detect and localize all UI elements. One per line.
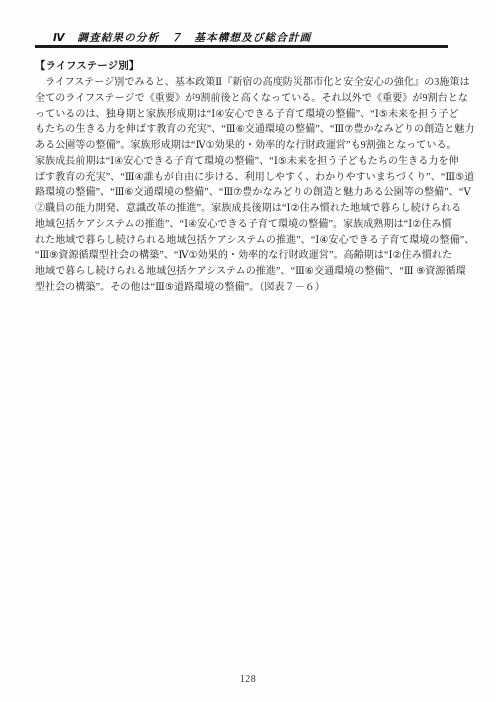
page-number: 128 — [0, 674, 496, 685]
paragraph-line: 型社会の構築”。その他は“Ⅲ⑤道路環境の整備”。（図表７－６） — [35, 280, 464, 296]
paragraph-line: れた地域で暮らし続けられる地域包括ケアシステムの推進”、“Ⅰ④安心できる子育て環… — [35, 233, 464, 249]
paragraph-line: “Ⅲ⑨資源循環型社会の構築”、“Ⅳ①効果的・効率的な行財政運営”。高齢期は“Ⅰ②… — [35, 248, 464, 264]
body-text-block: 【ライフステージ別】 ライフステージ別でみると、基本政策Ⅱ『新宿の高度防災都市化… — [35, 59, 464, 296]
document-page: Ⅳ 調査結果の分析 ７ 基本構想及び総合計画 【ライフステージ別】 ライフステー… — [0, 0, 496, 702]
paragraph-line: もたちの生きる力を伸ばす教育の充実”、“Ⅲ⑥交通環境の整備”、“Ⅲ⑦豊かなみどり… — [35, 122, 464, 138]
paragraph-line: ライフステージ別でみると、基本政策Ⅱ『新宿の高度防災都市化と安全安心の強化』の3… — [35, 75, 464, 91]
paragraph-line: 路環境の整備”、“Ⅲ⑥交通環境の整備”、“Ⅲ⑦豊かなみどりの創造と魅力ある公園等… — [35, 185, 464, 201]
section-heading: 【ライフステージ別】 — [35, 59, 464, 75]
paragraph-line: 家族成長前期は“Ⅰ④安心できる子育て環境の整備”、“Ⅰ⑤未来を担う子どもたちの生… — [35, 154, 464, 170]
paragraph-line: っているのは、独身期と家族形成期は“Ⅰ④安心できる子育て環境の整備”、“Ⅰ⑤未来… — [35, 107, 464, 123]
paragraph-line: ばす教育の充実”、“Ⅲ④誰もが自由に歩ける、利用しやすく、わかりやすいまちづくり… — [35, 170, 464, 186]
running-header-title: Ⅳ 調査結果の分析 ７ 基本構想及び総合計画 — [53, 30, 311, 45]
header-rule — [35, 45, 448, 48]
paragraph-line: 全てのライフステージで《重要》が9割前後と高くなっている。それ以外で《重要》が9… — [35, 91, 464, 107]
paragraph-line: 地域包括ケアシステムの推進”、“Ⅰ④安心できる子育て環境の整備”。家族成熟期は“… — [35, 217, 464, 233]
paragraph-line: ②職員の能力開発、意識改革の推進”。家族成長後期は“Ⅰ②住み慣れた地域で暮らし続… — [35, 201, 464, 217]
paragraph: ライフステージ別でみると、基本政策Ⅱ『新宿の高度防災都市化と安全安心の強化』の3… — [35, 75, 464, 296]
paragraph-line: 地域で暮らし続けられる地域包括ケアシステムの推進”、“Ⅲ⑥交通環境の整備”、“Ⅲ… — [35, 264, 464, 280]
paragraph-line: ある公園等の整備”。家族形成期は“Ⅳ①効果的・効率的な行財政運営”も9割強となっ… — [35, 138, 464, 154]
